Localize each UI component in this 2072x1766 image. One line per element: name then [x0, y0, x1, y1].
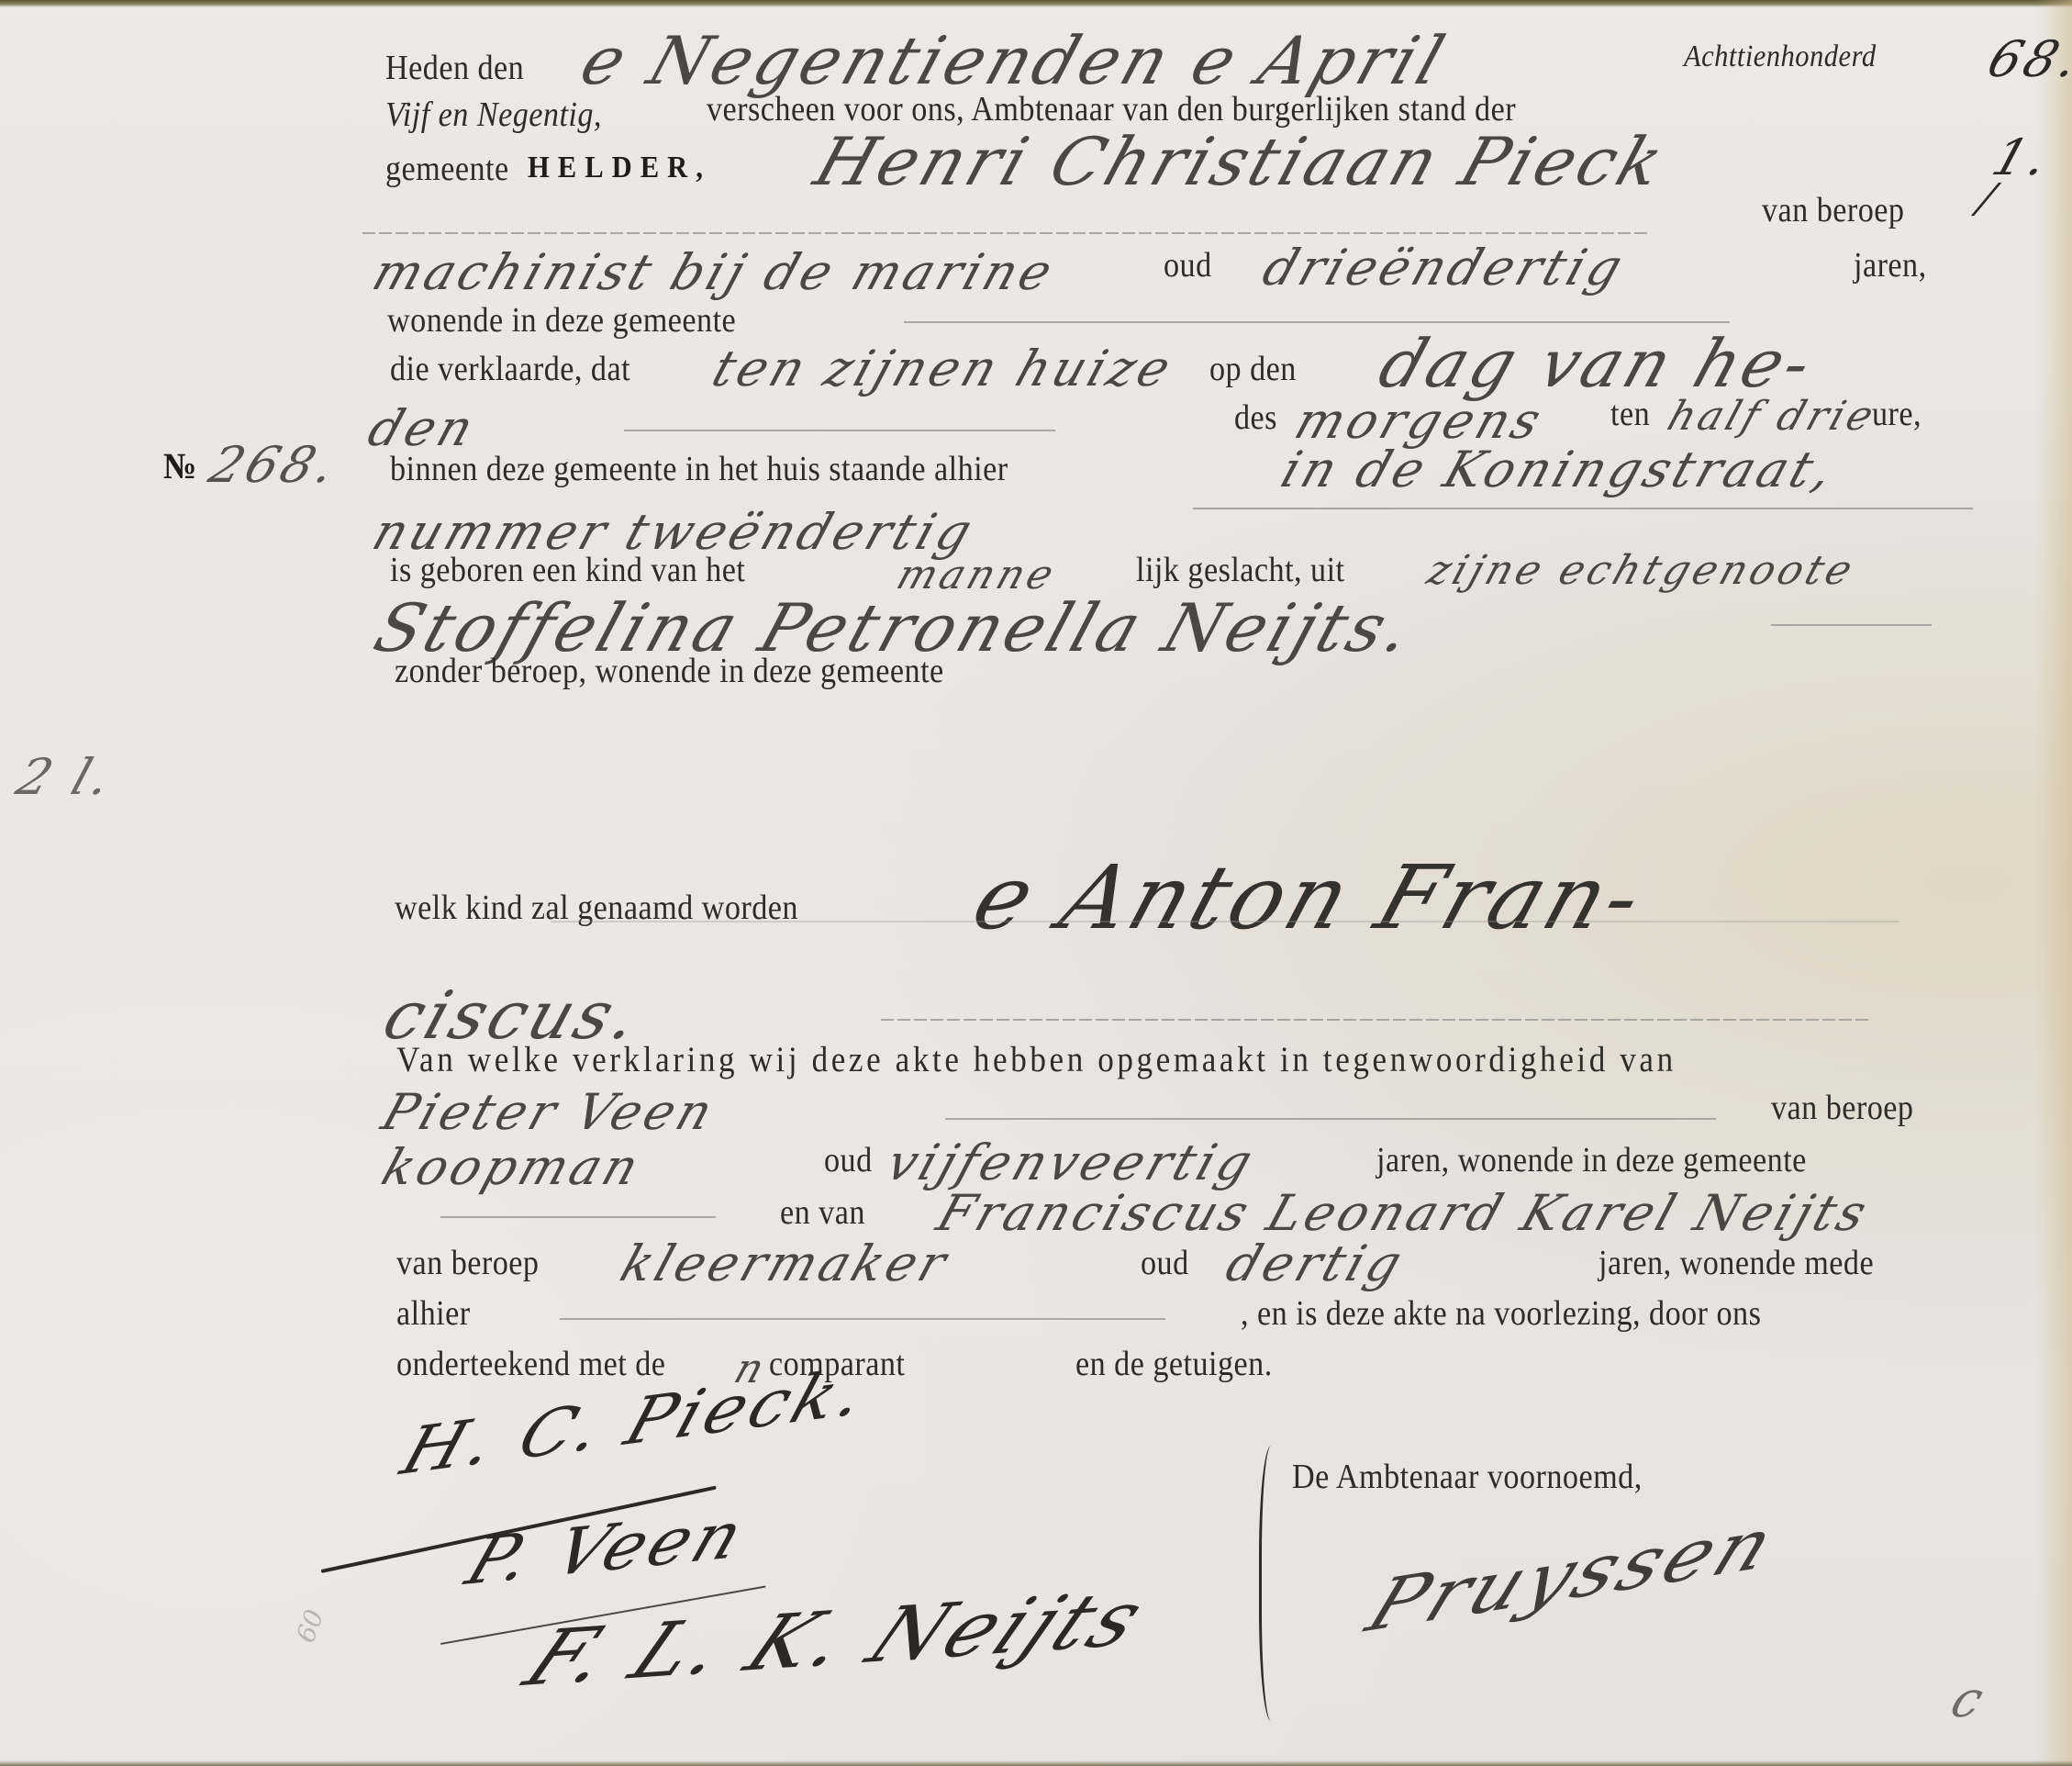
hand-witness-2-occupation: kleermaker — [615, 1239, 955, 1289]
hand-date: e Negentienden e April — [574, 28, 1455, 94]
text-zonder-beroep: zonder beroep, wonende in deze gemeente — [395, 654, 944, 688]
text-jaren-wonende: jaren, wonende in deze gemeente — [1376, 1143, 1807, 1178]
hand-child-name: e Anton Fran- — [964, 854, 1655, 942]
ruled-line — [624, 430, 1055, 431]
text-jaren-wonende-mede: jaren, wonende mede — [1599, 1246, 1874, 1280]
text-achttienhonderd: Achttienhonderd — [1684, 41, 1877, 73]
text-wonende: wonende in deze gemeente — [387, 303, 736, 338]
hand-occupation-declarant: machinist bij de marine — [367, 248, 1062, 297]
ruled-line — [945, 1118, 1716, 1120]
text-gemeente: gemeente — [385, 151, 509, 186]
text-is-geboren: is geboren een kind van het — [390, 553, 745, 587]
page-bottom-edge — [0, 1760, 2072, 1766]
signature-witness-2: F. L. K. Neijts — [514, 1580, 1160, 1697]
text-van-beroep-3: van beroep — [396, 1246, 539, 1280]
text-oud-3: oud — [1141, 1246, 1189, 1280]
text-year-vijf-en-negentig: Vijf en Negentig, — [385, 97, 602, 132]
hand-witness-2-age: dertig — [1220, 1239, 1410, 1289]
text-onderteekend: onderteekend met de — [396, 1347, 665, 1381]
margin-faint-number: 60 — [290, 1605, 329, 1647]
hand-wife: zijne echtgenoote — [1422, 551, 1861, 591]
text-en-van: en van — [780, 1195, 865, 1230]
margin-mark-bottom-right: c — [1945, 1675, 1993, 1725]
ruled-line — [551, 921, 1899, 922]
text-lijk-geslacht: lijk geslacht, uit — [1136, 553, 1345, 587]
hand-day-cont: den — [362, 404, 483, 453]
hand-hour: half drie — [1663, 397, 1882, 437]
text-heden-den: Heden den — [385, 50, 524, 85]
text-ambtenaar-voornoemd: De Ambtenaar voornoemd, — [1292, 1459, 1643, 1494]
hand-age-declarant: drieëndertig — [1257, 243, 1632, 293]
hand-witness-1-name: Pieter Veen — [376, 1088, 721, 1137]
hand-witness-2-name: Franciscus Leonard Karel Neijts — [931, 1189, 1876, 1238]
ruled-line — [881, 1019, 1872, 1021]
text-binnen-deze-gemeente: binnen deze gemeente in het huis staande… — [390, 452, 1008, 486]
ruled-line — [904, 321, 1730, 323]
ruled-line — [1771, 624, 1932, 626]
text-oud: oud — [1164, 248, 1212, 283]
hand-birth-place: ten zijnen huize — [707, 344, 1180, 394]
signature-brace — [1259, 1446, 1289, 1721]
register-page: № 268. 68. 1. / 2 l. 60 c Heden den e Ne… — [0, 0, 2072, 1766]
text-van-beroep: van beroep — [1762, 193, 1904, 228]
hand-street: in de Koningstraat, — [1276, 445, 1843, 495]
margin-number-top-right: 68. — [1982, 35, 2072, 84]
text-en-is-deze-akte: , en is deze akte na voorlezing, door on… — [1241, 1296, 1761, 1331]
text-op-den: op den — [1209, 352, 1297, 386]
act-number-prefix: № — [163, 448, 197, 485]
text-des: des — [1234, 400, 1277, 435]
ruled-line — [440, 1216, 716, 1218]
hand-house-number: nummer tweëndertig — [367, 508, 981, 557]
text-ten: ten — [1610, 397, 1650, 431]
hand-witness-1-age: vijfenveertig — [881, 1138, 1262, 1188]
text-van-welke-verklaring: Van welke verklaring wij deze akte hebbe… — [396, 1042, 1677, 1078]
hand-witness-1-occupation: koopman — [376, 1143, 648, 1192]
act-number: 268. — [204, 441, 345, 490]
text-jaren: jaren, — [1854, 248, 1927, 283]
text-van-beroep-2: van beroep — [1771, 1090, 1913, 1125]
municipality-name: HELDER, — [528, 152, 711, 184]
page-right-edge — [2035, 0, 2072, 1766]
ruled-line — [362, 232, 1647, 234]
signature-official: Pruyssen — [1358, 1506, 1788, 1643]
hand-declarant-name: Henri Christiaan Pieck — [808, 129, 1674, 195]
ruled-line — [560, 1318, 1165, 1320]
hand-birth-day: dag van he- — [1372, 330, 1823, 397]
margin-note-left: 2 l. — [11, 753, 121, 802]
text-en-de-getuigen: en de getuigen. — [1075, 1347, 1273, 1381]
page-top-edge — [0, 0, 2072, 7]
text-oud-2: oud — [824, 1143, 873, 1178]
text-verscheen: verscheen voor ons, Ambtenaar van den bu… — [707, 92, 1516, 127]
ruled-line — [1193, 508, 1973, 509]
text-alhier: alhier — [396, 1296, 471, 1331]
margin-tick: / — [1973, 179, 2003, 219]
hand-time-of-day: morgens — [1289, 397, 1550, 446]
text-ure: ure, — [1872, 397, 1922, 431]
text-die-verklaarde: die verklaarde, dat — [390, 352, 630, 386]
hand-child-name-cont: ciscus. — [376, 982, 650, 1048]
signature-witness-1: P. Veen — [459, 1502, 755, 1594]
